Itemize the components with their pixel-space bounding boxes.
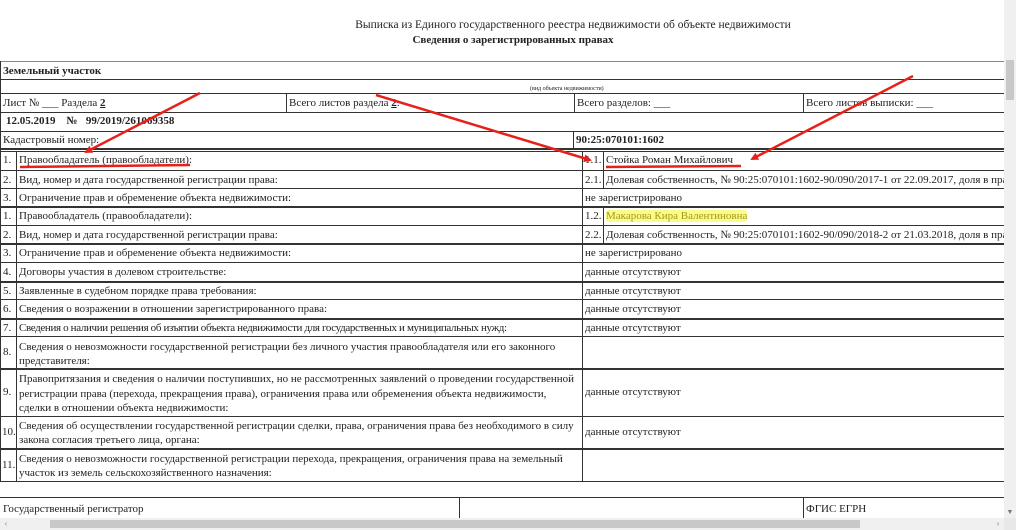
horizontal-scrollbar[interactable]: ‹ › [0,518,1004,530]
sheet-number: Лист № ___ Раздела 2 [3,97,106,110]
scroll-down-arrow-icon[interactable]: ▼ [1004,506,1016,518]
cadastral-label: Кадастровый номер: [3,134,99,147]
total-sheets-section: Всего листов раздела 2: [289,97,400,110]
total-sheets-extract: Всего листов выписки: ___ [806,97,933,110]
scrollbar-corner [1004,518,1016,530]
vertical-scrollbar[interactable]: ▼ [1004,0,1016,518]
vertical-scroll-thumb[interactable] [1006,60,1014,100]
total-sections: Всего разделов: ___ [577,97,670,110]
scroll-right-arrow-icon[interactable]: › [992,518,1004,530]
scroll-left-arrow-icon[interactable]: ‹ [0,518,12,530]
extract-date-number: 12.05.2019 № 99/2019/261069358 [6,115,174,128]
document-subtitle: Сведения о зарегистрированных правах [0,34,1004,46]
rightholder-2-highlighted: Макарова Кира Валентиновна [606,210,747,222]
object-type: Земельный участок [3,65,101,78]
object-type-caption: (вид объекта недвижимости) [530,83,604,96]
cadastral-number: 90:25:070101:1602 [576,134,664,147]
registrar-label: Государственный регистратор [3,503,144,516]
rightholder-1: Стойка Роман Михайлович [606,154,733,167]
arrow-icon [752,76,913,159]
document-page: Выписка из Единого государственного реес… [0,0,1004,518]
document-title: Выписка из Единого государственного реес… [0,19,1004,31]
system-label: ФГИС ЕГРН [806,503,866,516]
horizontal-scroll-thumb[interactable] [50,520,860,528]
